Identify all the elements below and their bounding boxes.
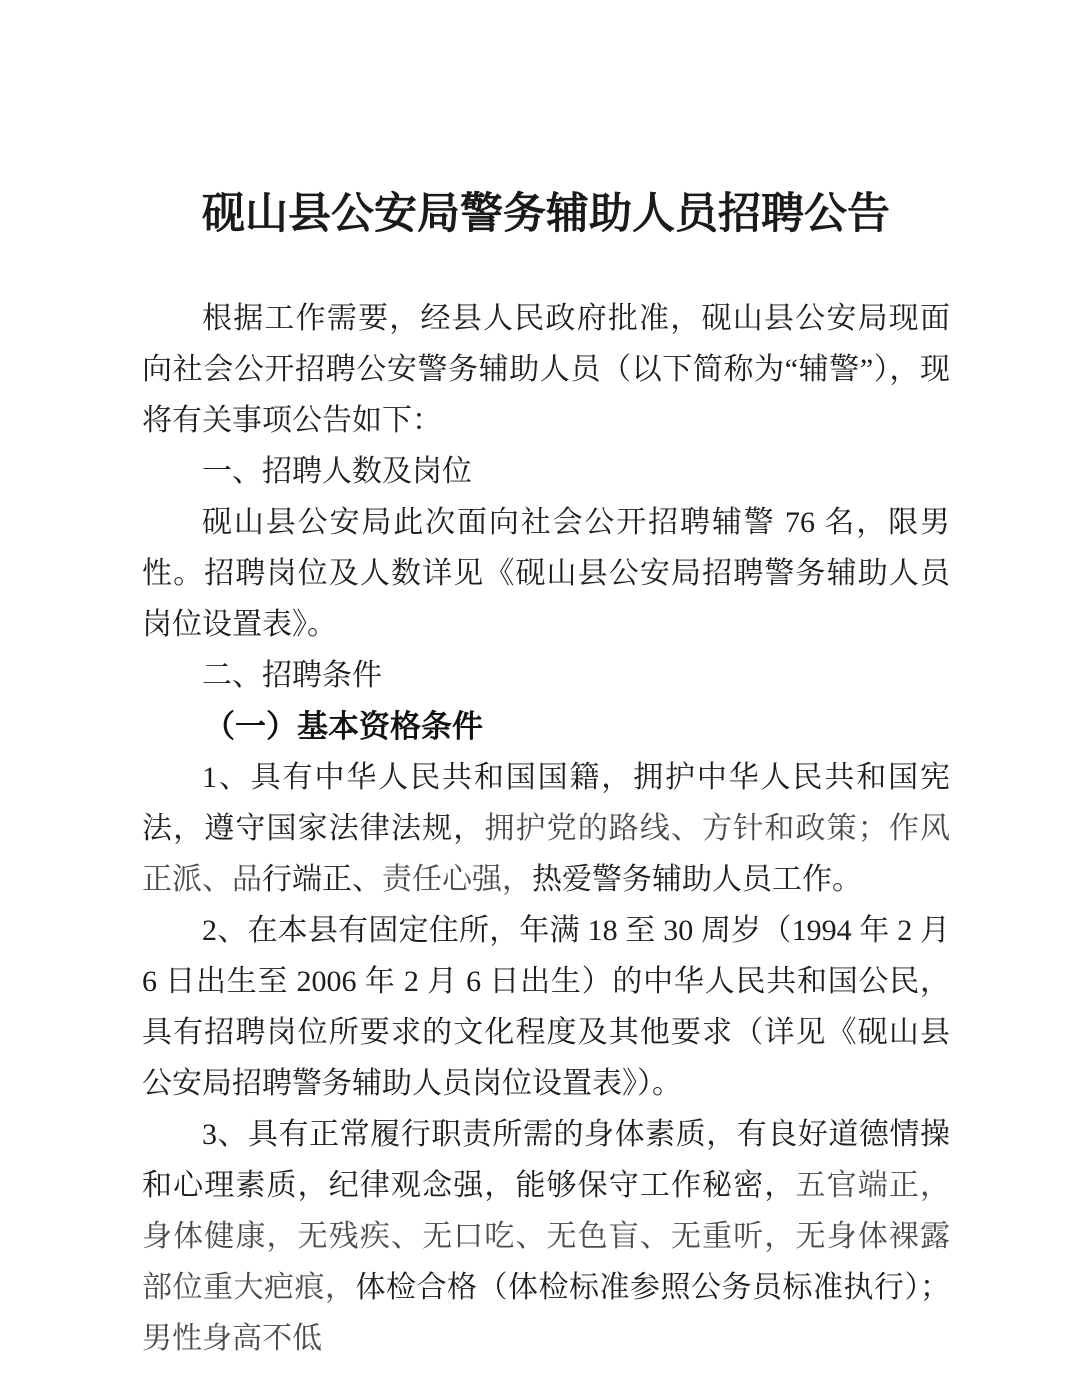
section-1-heading: 一、招聘人数及岗位 xyxy=(142,446,950,497)
requirement-1-text: 行端正、 xyxy=(262,863,382,896)
intro-paragraph: 根据工作需要，经县人民政府批准，砚山县公安局现面向社会公开招聘公安警务辅助人员（… xyxy=(142,293,950,446)
section-2-subheading: （一）基本资格条件 xyxy=(142,701,950,752)
document-body: 根据工作需要，经县人民政府批准，砚山县公安局现面向社会公开招聘公安警务辅助人员（… xyxy=(142,293,950,1364)
requirement-3-text: 体检合格（体检标准参照公务员标准执行）； xyxy=(356,1271,951,1304)
announcement-document: 砚山县公安局警务辅助人员招聘公告 根据工作需要，经县人民政府批准，砚山县公安局现… xyxy=(142,0,950,1364)
requirement-item-2: 2、在本县有固定住所，年满 18 至 30 周岁（1994 年 2 月 6 日出… xyxy=(142,905,950,1109)
document-page: 砚山县公安局警务辅助人员招聘公告 根据工作需要，经县人民政府批准，砚山县公安局现… xyxy=(0,0,1080,1389)
requirement-item-3: 3、具有正常履行职责所需的身体素质，有良好道德情操和心理素质，纪律观念强，能够保… xyxy=(142,1109,950,1364)
section-2-heading: 二、招聘条件 xyxy=(142,650,950,701)
section-1-paragraph: 砚山县公安局此次面向社会公开招聘辅警 76 名，限男性。招聘岗位及人数详见《砚山… xyxy=(142,497,950,650)
requirement-3-kai-run: 男性身高不低 xyxy=(142,1322,322,1355)
requirement-1-text: 热爱警务辅助人员工作。 xyxy=(532,863,862,896)
document-title: 砚山县公安局警务辅助人员招聘公告 xyxy=(142,186,950,244)
requirement-1-kai-run: 责任心强， xyxy=(382,863,532,896)
requirement-item-1: 1、具有中华人民共和国国籍，拥护中华人民共和国宪法，遵守国家法律法规，拥护党的路… xyxy=(142,752,950,905)
